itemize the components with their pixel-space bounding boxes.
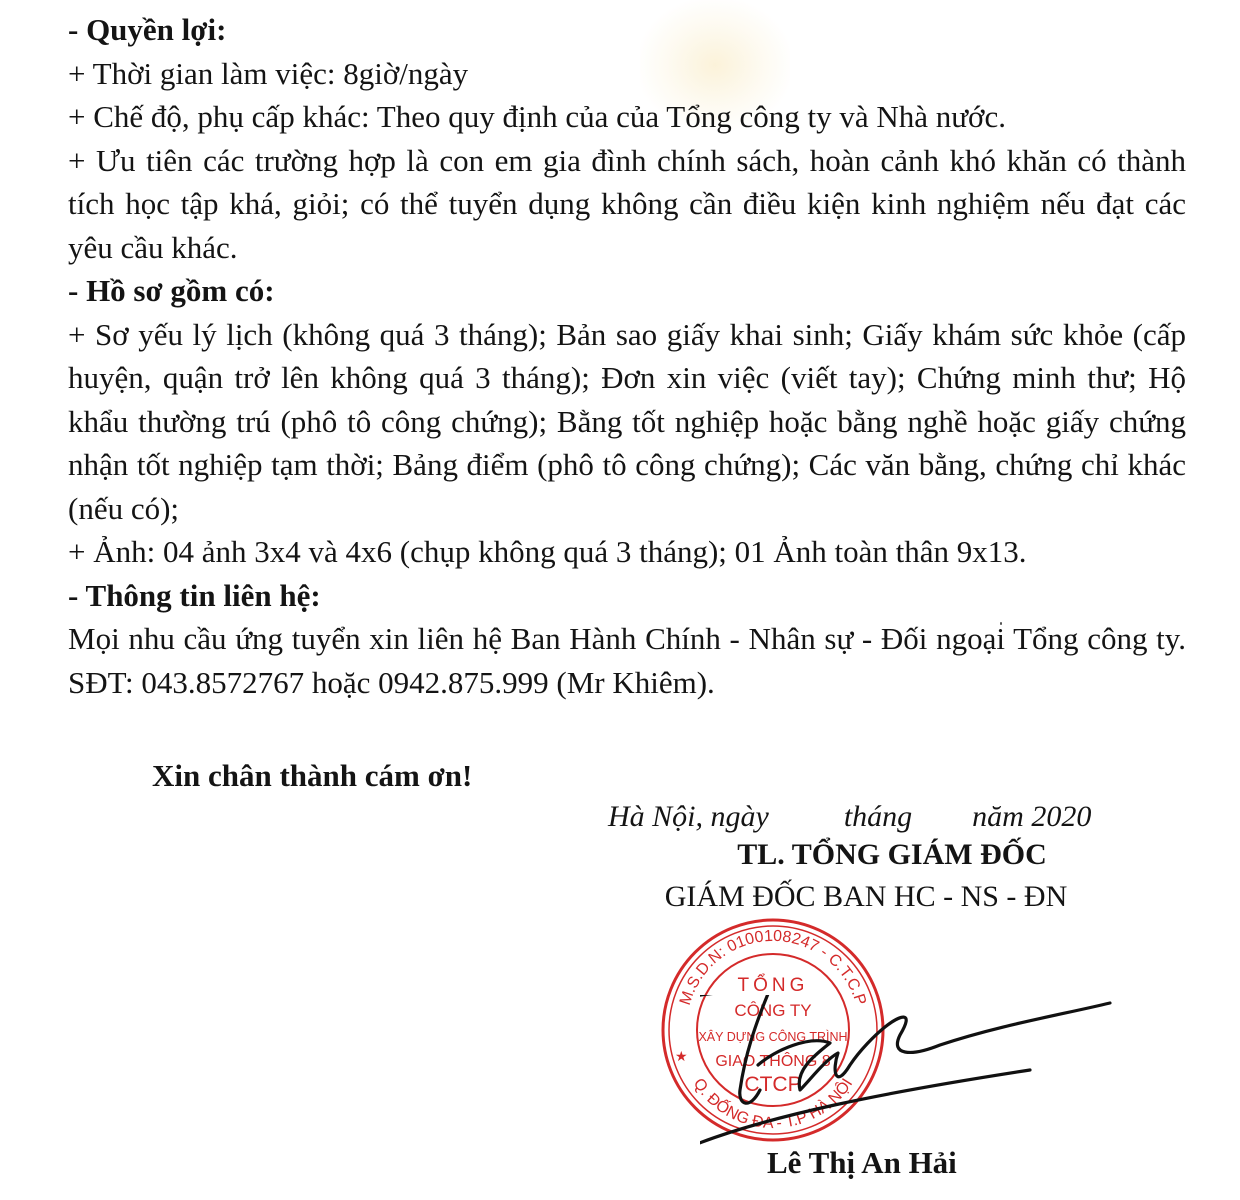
documents-photos: + Ảnh: 04 ảnh 3x4 và 4x6 (chụp không quá… [68,530,1186,574]
section-heading-benefits: - Quyền lợi: [68,8,1186,52]
closing-thanks: Xin chân thành cám ơn! [152,758,472,794]
document-body: - Quyền lợi: + Thời gian làm việc: 8giờ/… [68,8,1186,704]
signer-title-secondary: GIÁM ĐỐC BAN HC - NS - ĐN [566,880,1166,914]
signer-name: Lê Thị An Hải [767,1145,957,1181]
stamp-line-1: TỔNG [738,974,809,996]
contact-info: Mọi nhu cầu ứng tuyển xin liên hệ Ban Hà… [68,617,1186,704]
benefit-working-hours: + Thời gian làm việc: 8giờ/ngày [68,52,1186,96]
benefit-allowances: + Chế độ, phụ cấp khác: Theo quy định củ… [68,95,1186,139]
documents-list: + Sơ yếu lý lịch (không quá 3 tháng); Bả… [68,313,1186,531]
date-line: Hà Nội, ngày tháng năm 2020 [608,800,1091,834]
benefit-priority: + Ưu tiên các trường hợp là con em gia đ… [68,139,1186,270]
section-heading-contact: - Thông tin liên hệ: [68,574,1186,618]
svg-text:★: ★ [675,1048,688,1064]
section-heading-documents: - Hồ sơ gồm có: [68,269,1186,313]
signer-title-primary: TL. TỔNG GIÁM ĐỐC [592,838,1192,872]
